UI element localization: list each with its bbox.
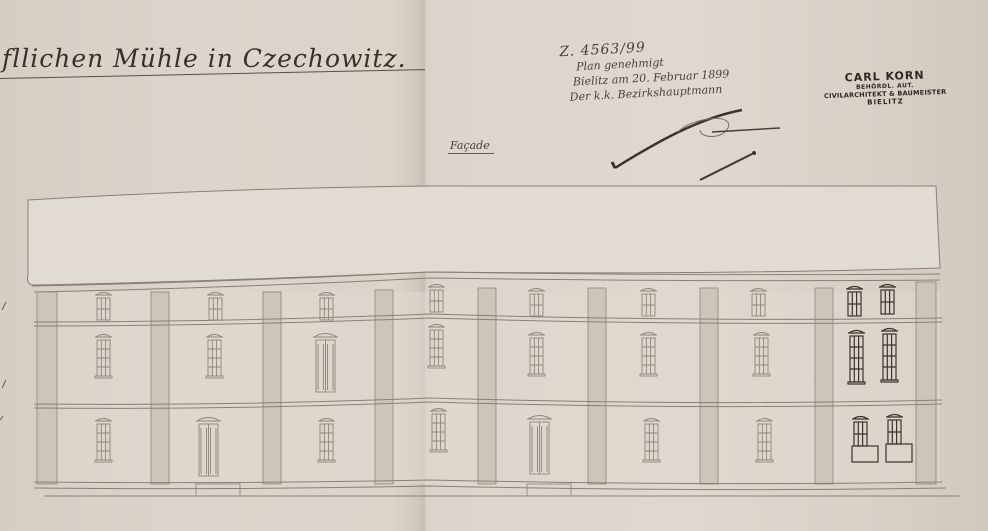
drawing-sheet: fllichen Mühle in Czechowitz. Façade Z. … bbox=[0, 0, 988, 531]
building-elevation bbox=[0, 0, 988, 531]
